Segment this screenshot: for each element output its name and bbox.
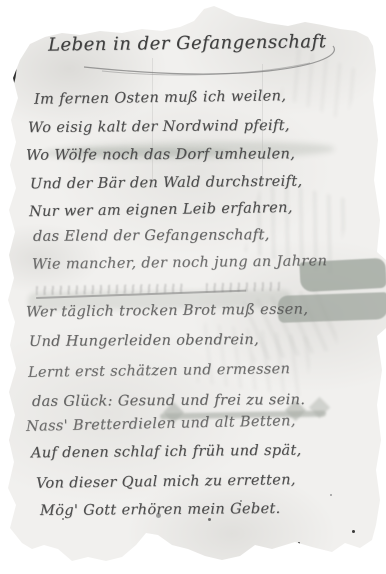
speckle	[298, 542, 300, 544]
poem-line: Und Hungerleiden obendrein,	[29, 332, 259, 350]
poem-line: das Elend der Gefangenschaft,	[33, 227, 270, 245]
poem-line: das Glück: Gesund und frei zu sein.	[32, 392, 305, 410]
paper-sheet: Leben in der Gefangenschaft Im fernen Os…	[0, 0, 386, 574]
poem-line: Wo Wölfe noch das Dorf umheulen,	[26, 146, 295, 163]
poem-line: Nass' Bretterdielen und alt Betten,	[26, 413, 296, 435]
poem-line: Mög' Gott erhören mein Gebet.	[40, 501, 281, 519]
ink-blot	[0, 539, 20, 555]
poem-line: Lernt erst schätzen und ermessen	[28, 361, 290, 381]
scanned-document: Leben in der Gefangenschaft Im fernen Os…	[0, 0, 386, 574]
poem-line: Auf denen schlaf ich früh und spät,	[31, 443, 302, 462]
poem-line: Nur wer am eignen Leib erfahren,	[29, 200, 293, 220]
poem-body: Im fernen Osten muß ich weilen, Wo eisig…	[26, 86, 372, 538]
poem-line: Wer täglich trocken Brot muß essen,	[26, 302, 308, 321]
stain-spot	[0, 434, 8, 448]
poem-line: Und der Bär den Wald durchstreift,	[30, 174, 303, 193]
poem-line: Im fernen Osten muß ich weilen,	[34, 88, 286, 108]
poem-line: Von dieser Qual mich zu erretten,	[36, 472, 296, 492]
poem-line: Wo eisig kalt der Nordwind pfeift,	[28, 118, 290, 136]
ink-blot	[2, 56, 17, 91]
underline-flourish	[70, 44, 340, 80]
faded-illegible-line	[36, 278, 284, 298]
poem-line: Wie mancher, der noch jung an Jahren	[32, 253, 327, 273]
